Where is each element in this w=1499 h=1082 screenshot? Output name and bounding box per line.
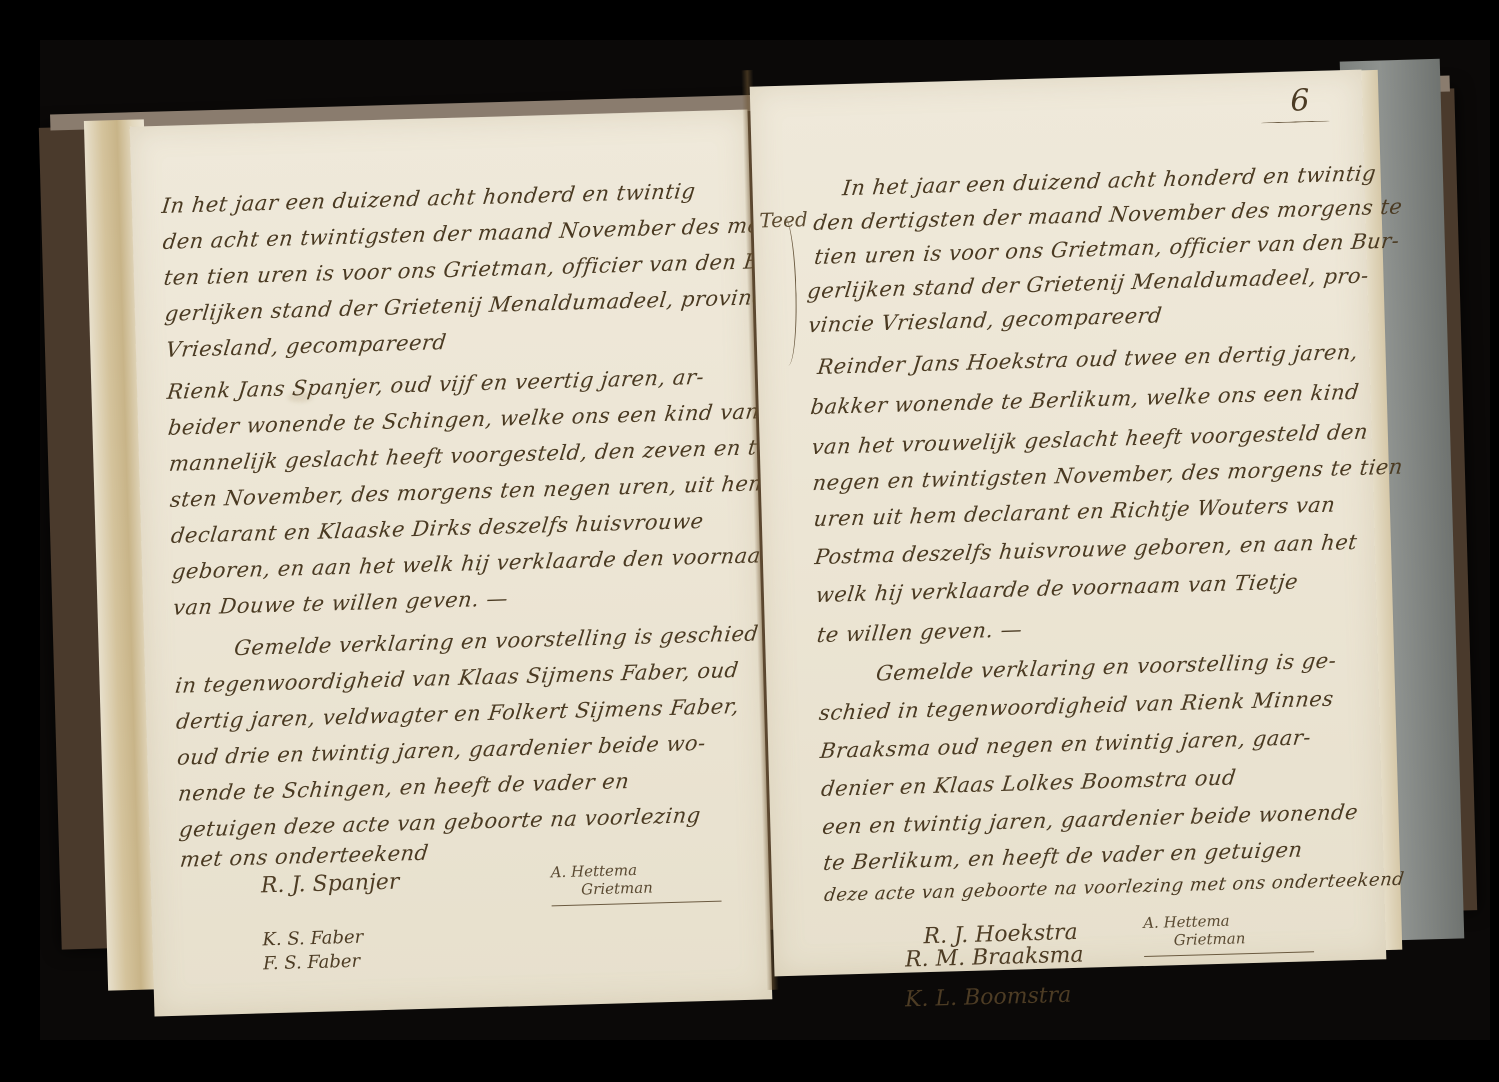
text-line: Rienk Jans Spanjer, oud vijf en veertig … — [166, 365, 706, 404]
text-line: deze acte van geboorte na voorlezing met… — [823, 869, 1405, 906]
text-line: In het jaar een duizend acht honderd en … — [161, 179, 697, 218]
text-line: Gemelde verklaring en voorstelling is ge… — [233, 621, 760, 660]
text-line: den dertigsten der maand November des mo… — [812, 194, 1404, 235]
text-line: te willen geven. — — [816, 617, 1024, 647]
left-page: In het jaar een duizend acht honderd en … — [130, 110, 773, 1017]
text-line: dertig jaren, veldwagter en Folkert Sijm… — [175, 694, 741, 734]
official-signature: A. Hettema Grietman — [1143, 909, 1314, 957]
text-line: vincie Vriesland, gecompareerd — [807, 303, 1163, 337]
signature-witness-2: F. S. Faber — [263, 951, 361, 975]
text-line: gerlijken stand der Grietenij Menaldumad… — [164, 285, 786, 326]
text-line: mannelijk geslacht heeft voorgesteld, de… — [168, 433, 836, 476]
text-line: Reinder Jans Hoekstra oud twee en dertig… — [816, 340, 1359, 379]
text-line: bakker wonende te Berlikum, welke ons ee… — [809, 380, 1360, 419]
text-line: oud drie en twintig jaren, gaardenier be… — [176, 731, 707, 770]
right-page: 6 Teed In het jaar een duizend acht hond… — [750, 70, 1387, 977]
text-line: denier en Klaas Lolkes Boomstra oud — [820, 765, 1237, 801]
text-line: in tegenwoordigheid van Klaas Sijmens Fa… — [174, 658, 740, 698]
text-line: welk hij verklaarde de voornaam van Tiet… — [815, 570, 1300, 608]
text-line: In het jaar een duizend acht honderd en … — [841, 161, 1377, 200]
text-line: van het vrouwelijk geslacht heeft voorge… — [810, 420, 1369, 460]
text-line: Braaksma oud negen en twintig jaren, gaa… — [819, 725, 1312, 763]
text-line: nende te Schingen, en heeft de vader en — [177, 769, 631, 806]
text-line: den acht en twintigsten der maand Novemb… — [162, 211, 825, 254]
text-line: declarant en Klaaske Dirks deszelfs huis… — [170, 509, 705, 548]
text-line: getuigen deze acte van geboorte na voorl… — [178, 803, 702, 842]
text-line: geboren, en aan het welk hij verklaarde … — [171, 543, 783, 584]
text-line: uren uit hem declarant en Richtje Wouter… — [812, 492, 1336, 531]
right-page-text: In het jaar een duizend acht honderd en … — [750, 70, 1387, 977]
text-line: Vriesland, gecompareerd — [165, 330, 448, 362]
text-line: tien uren is voor ons Grietman, officier… — [813, 229, 1401, 269]
text-line: beider wonende te Schingen, welke ons ee… — [167, 398, 804, 440]
signature-witness-1: K. S. Faber — [262, 927, 363, 951]
signature-father: R. J. Spanjer — [261, 870, 400, 899]
signature-witness-1: R. M. Braaksma — [905, 943, 1084, 973]
official-signature: A. Hettema Grietman — [550, 859, 721, 907]
text-line: gerlijken stand der Grietenij Menaldumad… — [806, 263, 1370, 303]
text-line: te Berlikum, en heeft de vader en getuig… — [822, 838, 1304, 875]
signature-witness-2: K. L. Boomstra — [905, 983, 1072, 1013]
text-line: een en twintig jaren, gaardenier beide w… — [821, 800, 1359, 839]
text-line: schied in tegenwoordigheid van Rienk Min… — [818, 687, 1335, 725]
text-line: negen en twintigsten November, des morge… — [811, 455, 1404, 496]
text-line: sten November, des morgens ten negen ure… — [169, 471, 770, 512]
text-line: van Douwe te willen geven. — — [172, 586, 510, 619]
text-line: ten tien uren is voor ons Grietman, offi… — [163, 248, 794, 290]
text-line: Postma deszelfs huisvrouwe geboren, en a… — [814, 530, 1359, 569]
left-page-text: In het jaar een duizend acht honderd en … — [130, 110, 773, 1017]
text-line: met ons onderteekend — [179, 841, 430, 872]
text-line: Gemelde verklaring en voorstelling is ge… — [875, 649, 1338, 686]
